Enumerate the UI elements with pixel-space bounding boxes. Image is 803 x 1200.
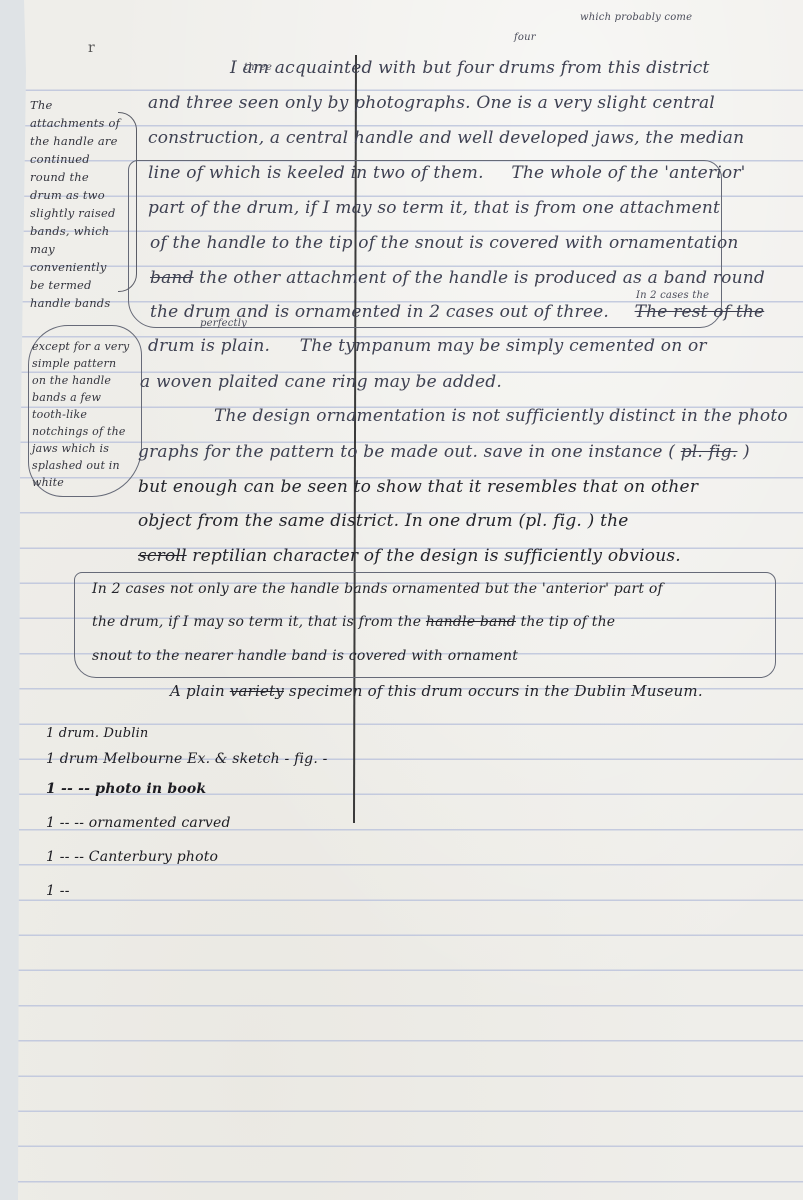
- text-line-9: a woven plaited cane ring may be added.: [140, 372, 502, 392]
- insert-perfectly: perfectly: [200, 318, 247, 329]
- text-line-5: of the handle to the tip of the snout is…: [150, 233, 739, 253]
- list-item: 1 -- -- photo in book: [46, 772, 328, 806]
- line6-text: the other attachment of the handle is pr…: [199, 268, 765, 288]
- line8-text: drum is plain.: [148, 336, 270, 356]
- line16-text: the drum, if I may so term it, that is f…: [92, 614, 421, 630]
- text-line-16: the drum, if I may so term it, that is f…: [92, 614, 615, 630]
- drum-list: 1 drum. Dublin 1 drum Melbourne Ex. & sk…: [46, 722, 328, 908]
- text-line-0: I am acquainted with but four drums from…: [230, 58, 710, 78]
- line14-text: reptilian character of the design is suf…: [192, 546, 681, 566]
- text-line-18: A plain variety specimen of this drum oc…: [170, 682, 703, 700]
- text-line-3: line of which is keeled in two of them. …: [148, 163, 746, 183]
- text-line-12: but enough can be seen to show that it r…: [138, 477, 698, 497]
- line3-text: line of which is keeled in two of them.: [148, 163, 484, 183]
- text-line-6: band the other attachment of the handle …: [150, 268, 765, 288]
- insert-three: three: [244, 62, 272, 73]
- insert-which-probably-come: which probably come: [580, 12, 692, 23]
- line16-end: the tip of the: [521, 614, 616, 630]
- text-line-2: construction, a central handle and well …: [148, 128, 744, 148]
- margin-note-except: except for a very simple pattern on the …: [32, 338, 132, 491]
- line11-text: graphs for the pattern to be made out. s…: [138, 442, 675, 462]
- list-item: 1 drum. Dublin: [46, 722, 328, 746]
- struck-pl-fig: pl. fig.: [681, 442, 738, 462]
- text-line-15: In 2 cases not only are the handle bands…: [92, 581, 663, 597]
- text-line-17: snout to the nearer handle band is cover…: [92, 648, 518, 664]
- line8b-text: The tympanum may be simply cemented on o…: [300, 336, 707, 356]
- text-line-14: scroll reptilian character of the design…: [138, 546, 681, 566]
- struck-handle-band: handle band: [426, 614, 516, 630]
- line0-text: I am acquainted with but four drums from…: [230, 58, 710, 78]
- list-item: 1 --: [46, 874, 328, 908]
- insert-in-2-cases: In 2 cases the: [636, 290, 709, 301]
- struck-band: band: [150, 268, 194, 288]
- list-item: 1 -- -- ornamented carved: [46, 806, 328, 840]
- struck-scroll: scroll: [138, 546, 187, 566]
- text-line-1: and three seen only by photographs. One …: [148, 93, 715, 113]
- line3b-text: The whole of the 'anterior': [511, 163, 745, 183]
- line11-end: ): [743, 442, 750, 462]
- list-item: 1 -- -- Canterbury photo: [46, 840, 328, 874]
- margin-note-attachments: The attachments of the handle are contin…: [30, 96, 124, 312]
- insert-four: four: [514, 32, 536, 43]
- line18-end: specimen of this drum occurs in the Dubl…: [289, 682, 703, 700]
- text-line-4: part of the drum, if I may so term it, t…: [148, 198, 720, 218]
- line18-text: A plain: [170, 682, 225, 700]
- list-item: 1 drum Melbourne Ex. & sketch - fig. -: [46, 746, 328, 772]
- struck-variety: variety: [230, 682, 284, 700]
- text-line-10: The design ornamentation is not sufficie…: [214, 406, 788, 426]
- text-line-11: graphs for the pattern to be made out. s…: [138, 442, 750, 462]
- struck-rest: The rest of the: [635, 302, 765, 322]
- text-line-8: drum is plain. The tympanum may be simpl…: [148, 336, 707, 356]
- corner-mark: r: [88, 40, 95, 56]
- text-line-13: object from the same district. In one dr…: [138, 511, 629, 531]
